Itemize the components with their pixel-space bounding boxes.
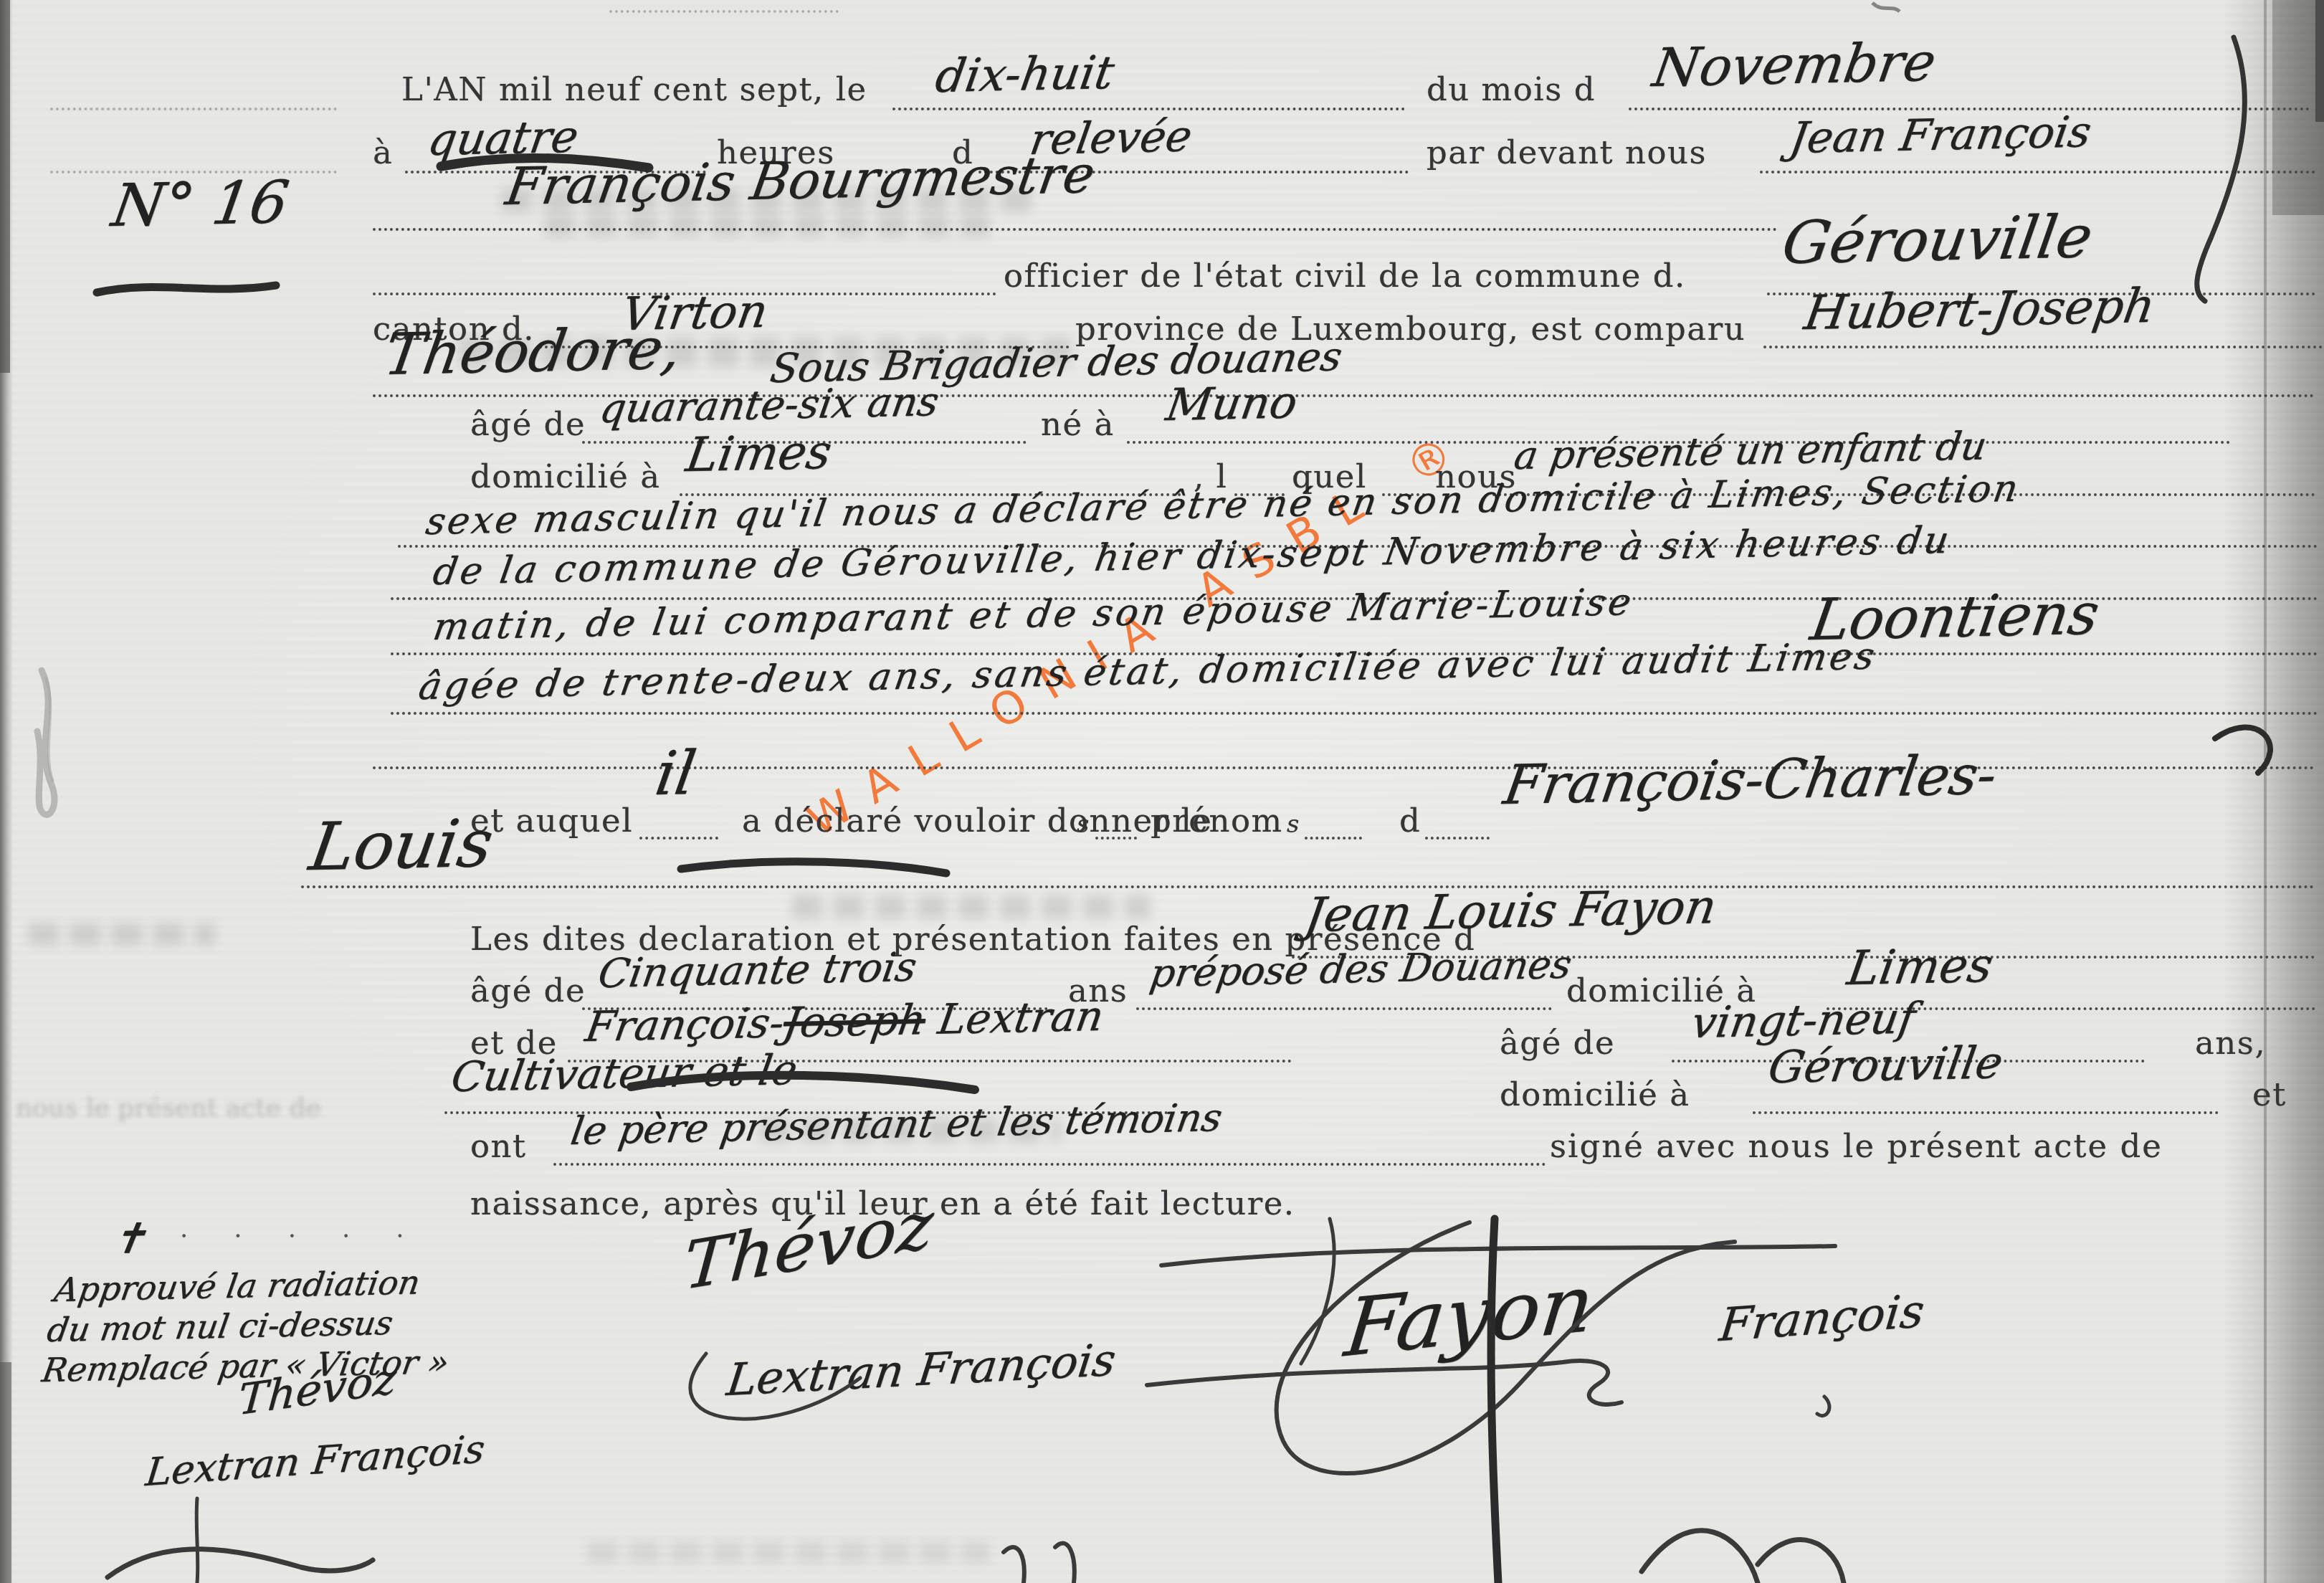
witness2-struck-word: Joseph: [780, 995, 929, 1047]
handwritten-paragraph-line3: matin, de lui comparant et de son épouse…: [430, 581, 1637, 649]
binding-thread: [37, 670, 54, 814]
signature-fayon: Fayon: [1340, 1257, 1598, 1375]
signature-lextran-francois: Lextran François: [724, 1334, 1118, 1406]
printed-age-de-2: âgé de: [470, 971, 586, 1009]
fill-line: [553, 1163, 1546, 1166]
handwritten-signataires: le père présentant et les témoins: [568, 1095, 1225, 1154]
bleedthrough-smudge: [29, 923, 215, 945]
margin-cross-dots: · · · · ·: [179, 1219, 424, 1252]
partial-signature-bottom-right-2: [1758, 1540, 1844, 1583]
handwritten-age: quarante-six ans: [596, 379, 942, 432]
handwritten-month: Novembre: [1649, 32, 1940, 99]
handwritten-commune: Gérouville: [1778, 203, 2097, 277]
page-right-edge: [2222, 0, 2324, 1583]
partial-writing-bottom-center: [1004, 1543, 1075, 1583]
handwritten-witness1-name: Jean Louis Fayon: [1301, 879, 1720, 943]
margin-note-line1: Approuvé la radiation: [52, 1263, 423, 1309]
fill-line: [1753, 1111, 2219, 1114]
page-right-fold-line: [2264, 0, 2267, 1583]
bleedthrough-smudge: [792, 895, 1151, 919]
partial-signature-bottom-right-1: [1642, 1531, 1758, 1583]
binding-thread-strand: [46, 678, 53, 781]
fill-line: [1425, 837, 1490, 840]
handwritten-birthplace: Muno: [1163, 376, 1301, 431]
printed-month-label: du mois d: [1427, 70, 1596, 108]
handwritten-domicile: Limes: [682, 424, 835, 482]
handwritten-il: il: [651, 738, 700, 809]
page-corner-sliver: [2315, 0, 2324, 122]
fill-line: [1763, 346, 2323, 348]
handwritten-witness2-profession: Cultivateur et le: [448, 1045, 801, 1101]
partial-signature-bottom-left: [108, 1549, 373, 1577]
handwritten-officer-firstnames: Jean François: [1786, 107, 2095, 163]
small-s-flourish: [1817, 1397, 1829, 1416]
ruled-dotted-line: [50, 108, 337, 110]
fill-line: [892, 108, 1405, 110]
witness2-surname: Lextran: [935, 992, 1107, 1044]
signature-francois: François: [1717, 1285, 1927, 1352]
fill-line: [373, 228, 1778, 231]
bleedthrough-fragment: nous le présent acte de: [16, 1093, 321, 1123]
ruled-dotted-line: [609, 10, 839, 13]
printed-domicilie: domicilié à: [470, 457, 661, 495]
printed-prenom: prénom: [1151, 802, 1283, 840]
partial-signature-descender: [196, 1498, 198, 1583]
printed-ont: ont: [470, 1127, 527, 1165]
margin-note-line2: du mot nul ci-dessus: [44, 1303, 396, 1349]
printed-signe-avec-nous: signé avec nous le présent acte de: [1550, 1127, 2163, 1165]
page-left-edge-shadow-bottom: [0, 1362, 11, 1583]
margin-signature-lextran: Lextran François: [143, 1427, 487, 1495]
fill-line: [1136, 1007, 1552, 1010]
printed-plural-s1: s: [1077, 810, 1090, 839]
margin-cross-mark: ✝: [108, 1214, 150, 1263]
printed-at: à: [373, 133, 393, 171]
printed-year-line: L'AN mil neuf cent sept, le: [401, 70, 867, 108]
handwritten-witness1-profession: préposé des Douanes: [1147, 942, 1575, 996]
handwritten-day: dix-huit: [932, 47, 1118, 103]
act-number: N° 16: [108, 168, 293, 240]
handwritten-officer-name: François Bourgmestre: [502, 144, 1099, 217]
fill-line: [1095, 837, 1137, 840]
printed-devant-nous: par devant nous: [1427, 133, 1707, 171]
louis-dash: [681, 862, 946, 873]
printed-domicilie-3: domicilié à: [1500, 1075, 1690, 1113]
bleedthrough-smudge: [545, 215, 989, 237]
printed-et: et: [2252, 1075, 2287, 1113]
scanned-civil-register-page: nous le présent acte de WALLONIA ASBL ® …: [0, 0, 2324, 1583]
handwritten-witness1-age: Cinquante trois: [595, 944, 920, 997]
fayon-top-stroke: [1161, 1246, 1835, 1265]
handwritten-comparant-name: Théodore,: [380, 315, 686, 388]
handwritten-witness2-domicile: Gérouville: [1765, 1036, 2006, 1093]
printed-ans-2: ans,: [2195, 1024, 2266, 1062]
handwritten-child-firstnames: François-Charles-: [1500, 743, 2001, 817]
printed-d-prenoms: d: [1399, 802, 1421, 840]
top-edge-mark: [1872, 3, 1900, 11]
fill-line: [1305, 837, 1362, 840]
witness2-firstname: François-: [582, 998, 788, 1051]
printed-plural-s2: s: [1287, 810, 1300, 839]
handwritten-witness1-domicile: Limes: [1844, 938, 1996, 996]
printed-declare-donner: a déclaré vouloir donner le: [742, 802, 1212, 840]
act-number-underline: [97, 285, 276, 293]
handwritten-child-firstname-louis: Louis: [305, 805, 498, 885]
fayon-upstroke: [1301, 1219, 1334, 1364]
printed-age-de: âgé de: [470, 405, 586, 443]
printed-age-de-3: âgé de: [1500, 1024, 1615, 1062]
fill-line: [301, 885, 2315, 888]
fill-line: [391, 712, 2319, 715]
bleedthrough-smudge: [588, 1541, 989, 1563]
printed-ne-a: né à: [1041, 405, 1115, 443]
fill-line: [1760, 171, 2315, 173]
printed-officier-etat-civil: officier de l'état civil de la commune d…: [1004, 257, 1686, 295]
handwritten-comparant-firstnames: Hubert-Joseph: [1801, 278, 2158, 341]
fill-line: [639, 837, 718, 840]
page-left-edge-shadow-top: [0, 0, 10, 373]
handwritten-witness2-name: François-Joseph Lextran: [582, 992, 1107, 1051]
